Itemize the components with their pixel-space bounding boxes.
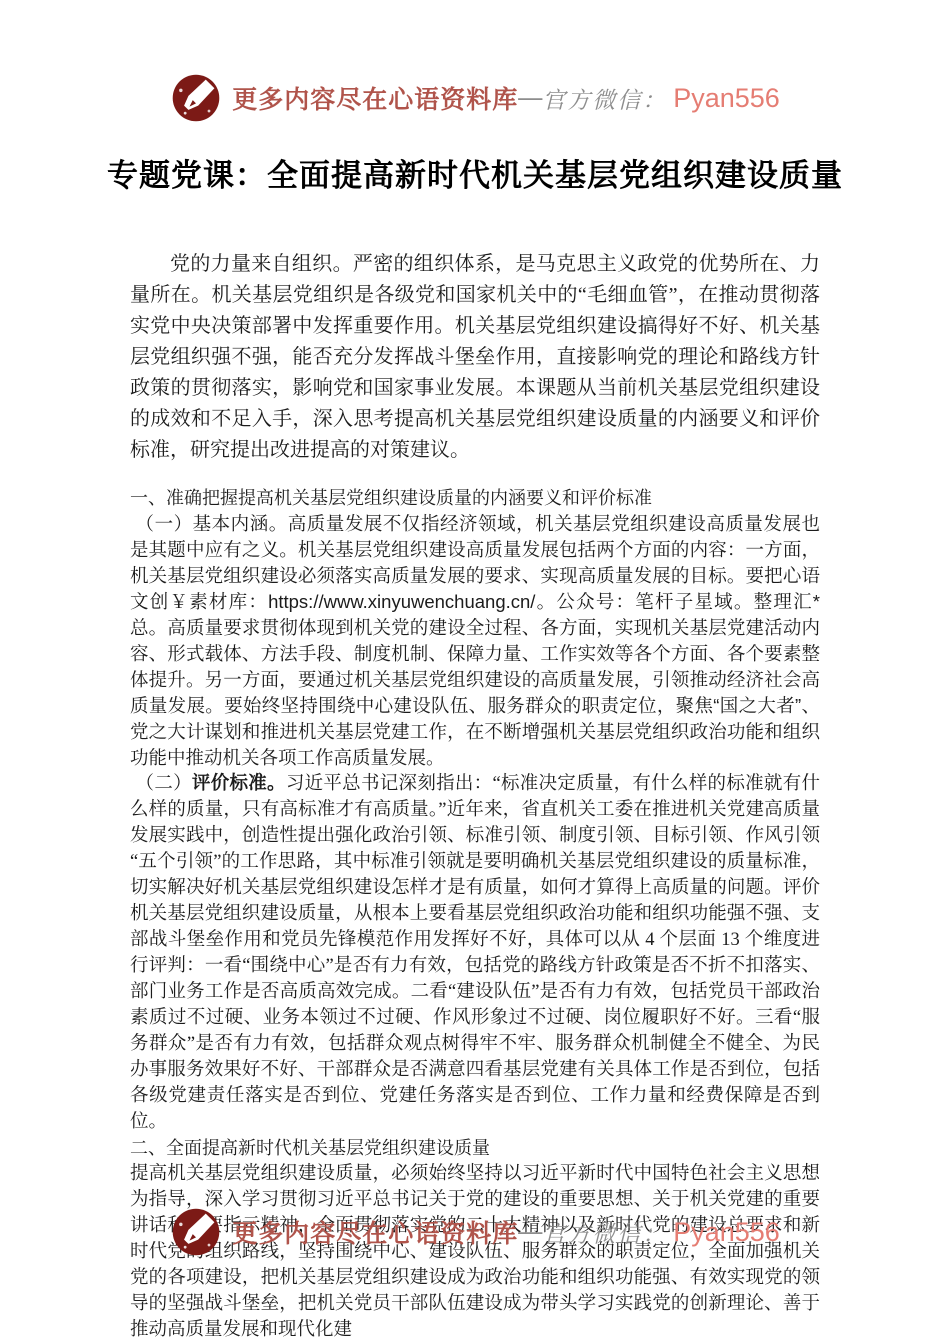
wechat-label: 官方微信：	[542, 82, 667, 115]
paragraph-basic-connotation: （一）基本内涵。高质量发展不仅指经济领域，机关基层党组织建设高质量发展也是其题中…	[130, 511, 820, 771]
wechat-id: Pyan556	[673, 1217, 780, 1248]
paragraph-evaluation-standard: （二）评价标准。习近平总书记深刻指出：“标准决定质量，有什么样的标准就有什么样的…	[130, 771, 820, 1135]
document-page: 更多内容尽在心语资料库—官方微信：Pyan556 专题党课：全面提高新时代机关基…	[0, 0, 950, 1344]
item-lead: 评价标准。	[192, 774, 286, 794]
intro-paragraph: 党的力量来自组织。严密的组织体系，是马克思主义政党的优势所在、力量所在。机关基层…	[130, 249, 820, 466]
item-lead: 基本内涵。	[193, 513, 288, 534]
header-brandbar: 更多内容尽在心语资料库—官方微信：Pyan556	[0, 0, 950, 124]
item-body: 习近平总书记深刻指出：“标准决定质量，有什么样的标准就有什么样的质量，只有高标准…	[130, 774, 820, 1132]
item-body: 高质量发展不仅指经济领域，机关基层党组织建设高质量发展也是其题中应有之义。机关基…	[130, 513, 820, 768]
pen-logo-icon	[170, 1206, 222, 1258]
brand-separator: —	[518, 85, 542, 112]
wechat-id: Pyan556	[673, 83, 780, 114]
section-1-heading: 一、准确把握提高机关基层党组织建设质量的内涵要义和评价标准	[130, 485, 820, 511]
section-2-heading: 二、全面提高新时代机关基层党组织建设质量	[130, 1135, 820, 1161]
pen-logo-icon	[170, 72, 222, 124]
brand-text: 更多内容尽在心语资料库	[232, 1214, 518, 1250]
brand-separator: —	[518, 1219, 542, 1246]
item-prefix: （二）	[136, 774, 192, 794]
page-title: 专题党课：全面提高新时代机关基层党组织建设质量	[60, 150, 890, 195]
brand-text: 更多内容尽在心语资料库	[232, 80, 518, 116]
item-prefix: （一）	[136, 513, 193, 534]
footer-brandbar: 更多内容尽在心语资料库—官方微信：Pyan556	[0, 1206, 950, 1258]
wechat-label: 官方微信：	[542, 1216, 667, 1249]
document-body: 党的力量来自组织。严密的组织体系，是马克思主义政党的优势所在、力量所在。机关基层…	[130, 249, 820, 1343]
